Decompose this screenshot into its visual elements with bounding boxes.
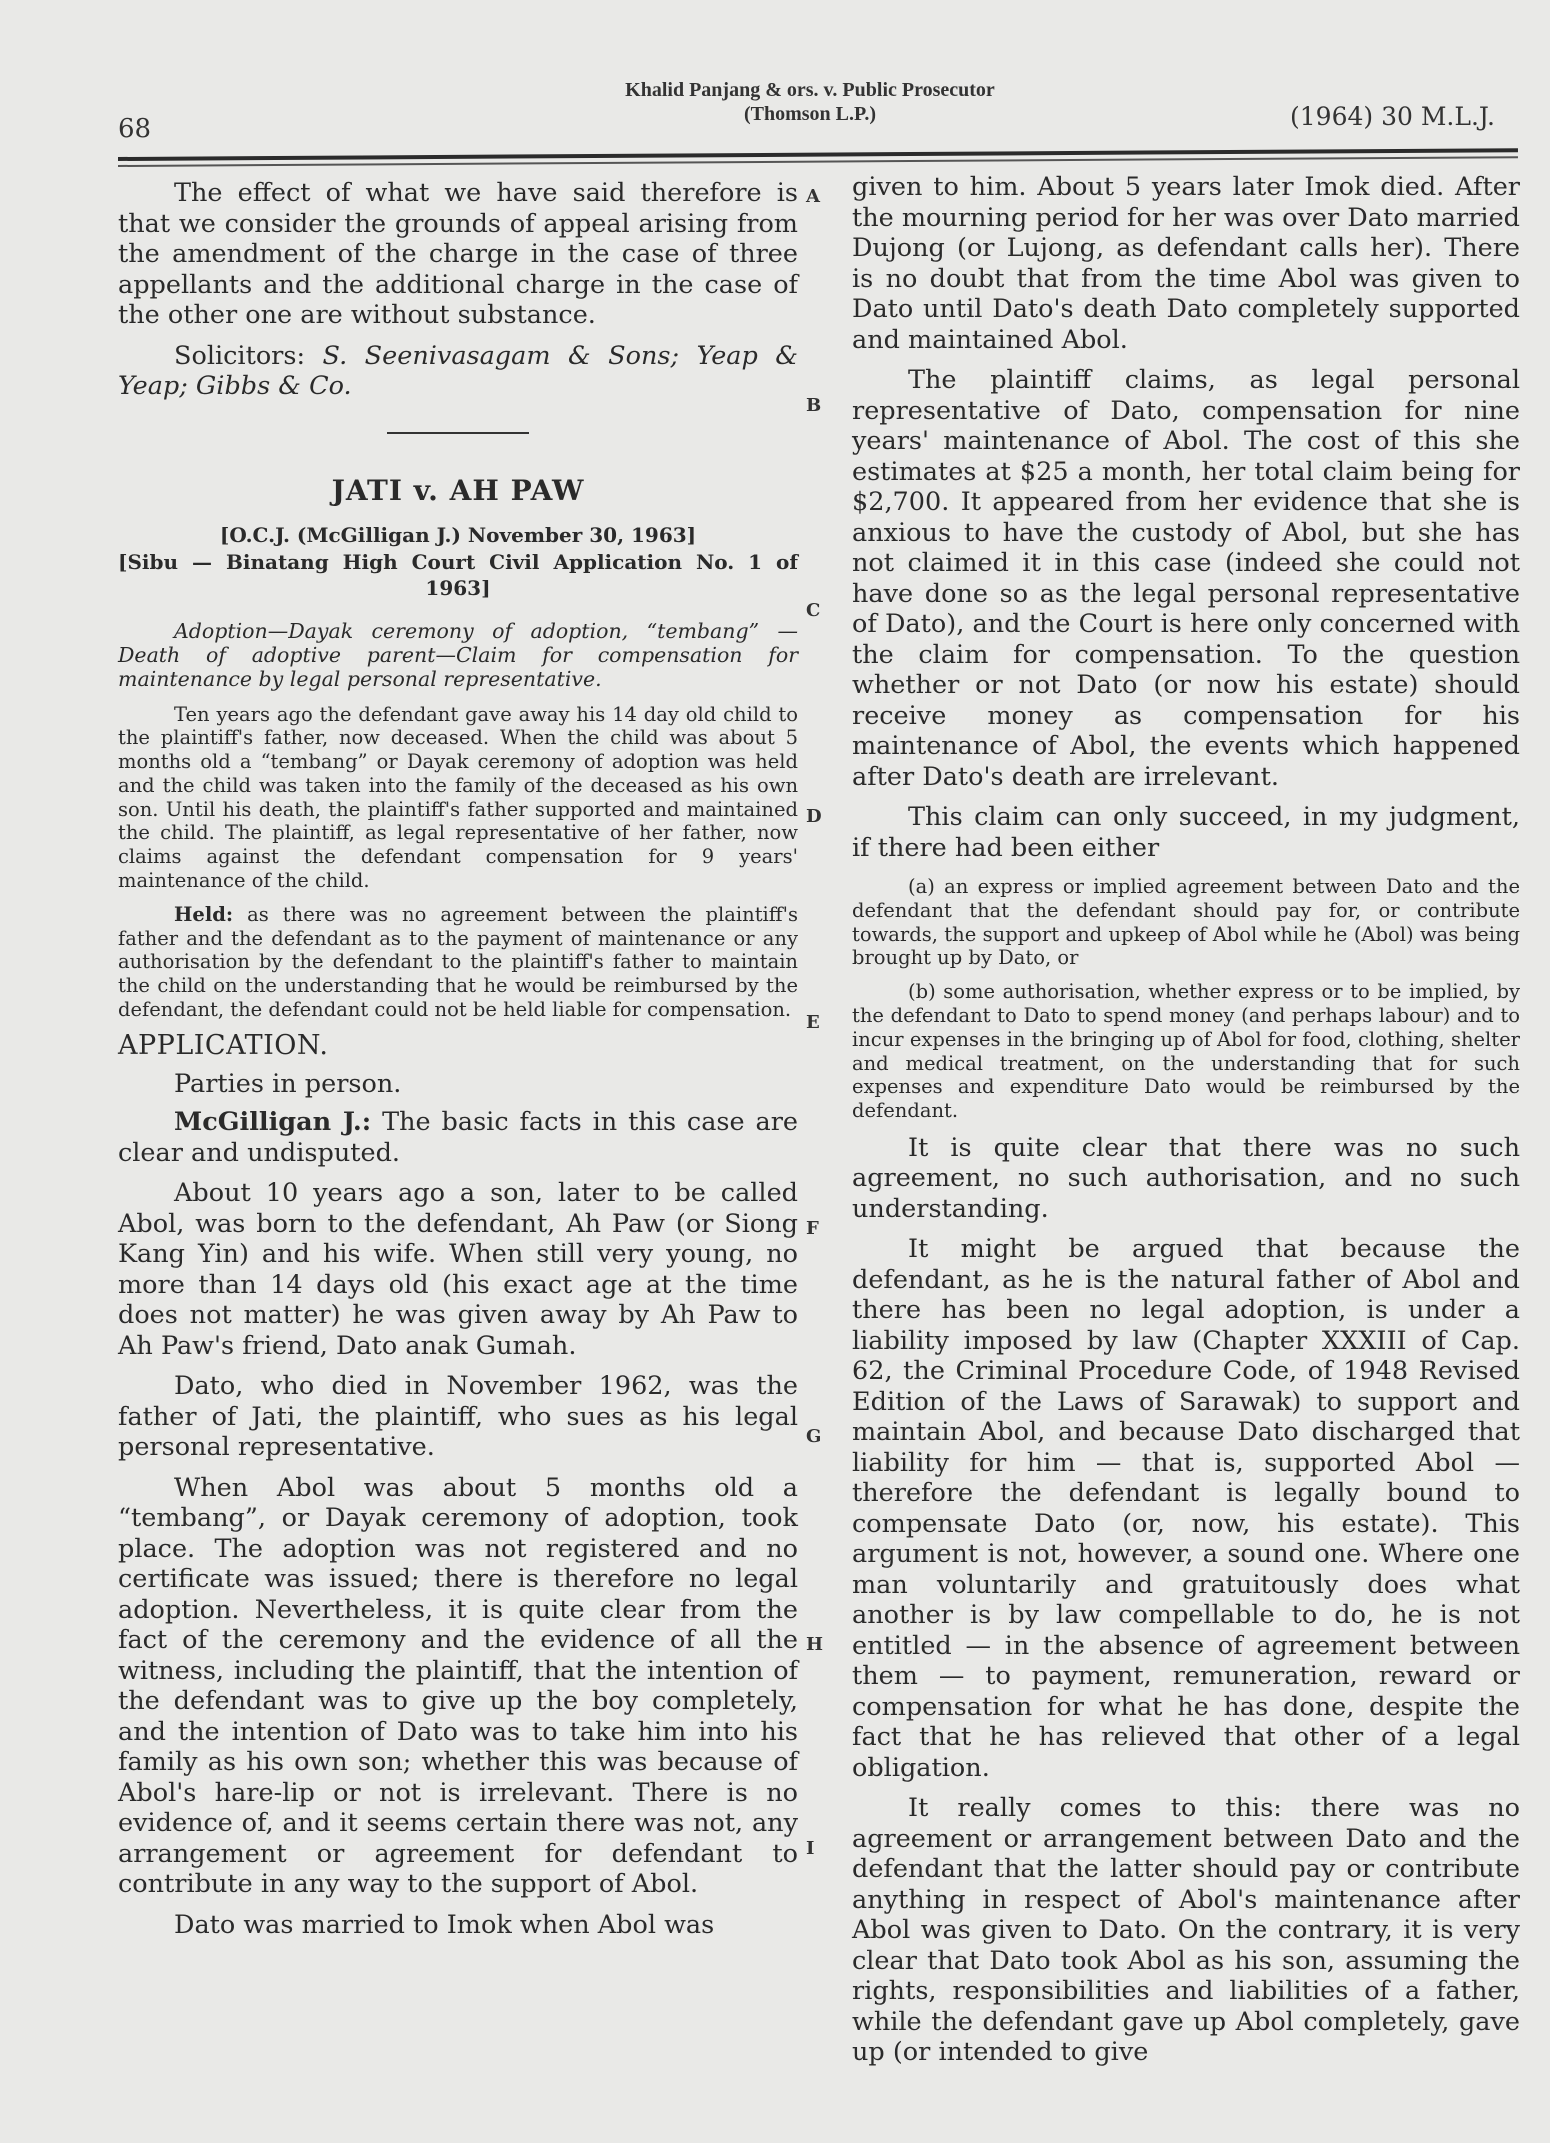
judgment-paragraph: This claim can only succeed, in my judgm…: [852, 802, 1520, 863]
margin-letter-g: G: [806, 1426, 821, 1447]
judgment-paragraph: It might be argued that because the defe…: [852, 1234, 1520, 1783]
judgment-paragraph: It is quite clear that there was no such…: [852, 1133, 1520, 1225]
application-reference: [Sibu — Binatang High Court Civil Applic…: [118, 549, 798, 601]
running-title-line-1: Khalid Panjang & ors. v. Public Prosecut…: [500, 78, 1120, 102]
judgment-paragraph: About 10 years ago a son, later to be ca…: [118, 1178, 798, 1361]
case-separator: [387, 432, 529, 434]
appearance: Parties in person.: [118, 1069, 798, 1100]
margin-letter-h: H: [806, 1634, 823, 1655]
previous-case-closing: The effect of what we have said therefor…: [118, 178, 798, 331]
margin-letter-d: D: [806, 806, 822, 827]
solicitors-label: Solicitors:: [174, 341, 305, 371]
subparagraph-a: (a) an express or implied agreement betw…: [852, 875, 1520, 970]
right-column: given to him. About 5 years later Imok d…: [852, 172, 1520, 2068]
judgment-paragraph: Dato was married to Imok when Abol was: [118, 1910, 798, 1941]
judgment-paragraph: It really comes to this: there was no ag…: [852, 1793, 1520, 2068]
judgment-paragraph: When Abol was about 5 months old a “temb…: [118, 1473, 798, 1900]
judge-label: McGilligan J.:: [174, 1107, 371, 1137]
page-number: 68: [118, 114, 151, 144]
proceeding-type: APPLICATION.: [118, 1030, 798, 1061]
running-title: Khalid Panjang & ors. v. Public Prosecut…: [500, 78, 1120, 126]
margin-letter-i: I: [806, 1838, 814, 1859]
journal-citation: (1964) 30 M.L.J.: [1290, 102, 1495, 131]
catchwords: Adoption—Dayak ceremony of adoption, “te…: [118, 619, 798, 691]
margin-letter-f: F: [806, 1218, 819, 1239]
judgment-opening: McGilligan J.: The basic facts in this c…: [118, 1107, 798, 1168]
subparagraph-b: (b) some authorisation, whether express …: [852, 980, 1520, 1123]
case-title: JATI v. AH PAW: [118, 474, 798, 507]
running-title-line-2: (Thomson L.P.): [500, 102, 1120, 126]
held-label: Held:: [174, 903, 233, 926]
judgment-paragraph: Dato, who died in November 1962, was the…: [118, 1371, 798, 1463]
headnote: Ten years ago the defendant gave away hi…: [118, 703, 798, 893]
left-column: The effect of what we have said therefor…: [118, 178, 798, 1940]
judgment-paragraph: The plaintiff claims, as legal personal …: [852, 365, 1520, 792]
margin-letter-b: B: [806, 395, 821, 416]
margin-letter-c: C: [806, 600, 820, 621]
margin-letter-a: A: [806, 186, 820, 207]
court-and-date: [O.C.J. (McGilligan J.) November 30, 196…: [118, 521, 798, 549]
held-paragraph: Held: as there was no agreement between …: [118, 903, 798, 1022]
journal-page: 68 Khalid Panjang & ors. v. Public Prose…: [0, 0, 1550, 2143]
judgment-continuation: given to him. About 5 years later Imok d…: [852, 172, 1520, 355]
margin-letter-e: E: [806, 1012, 820, 1033]
solicitors-line: Solicitors: S. Seenivasagam & Sons; Yeap…: [118, 341, 798, 402]
